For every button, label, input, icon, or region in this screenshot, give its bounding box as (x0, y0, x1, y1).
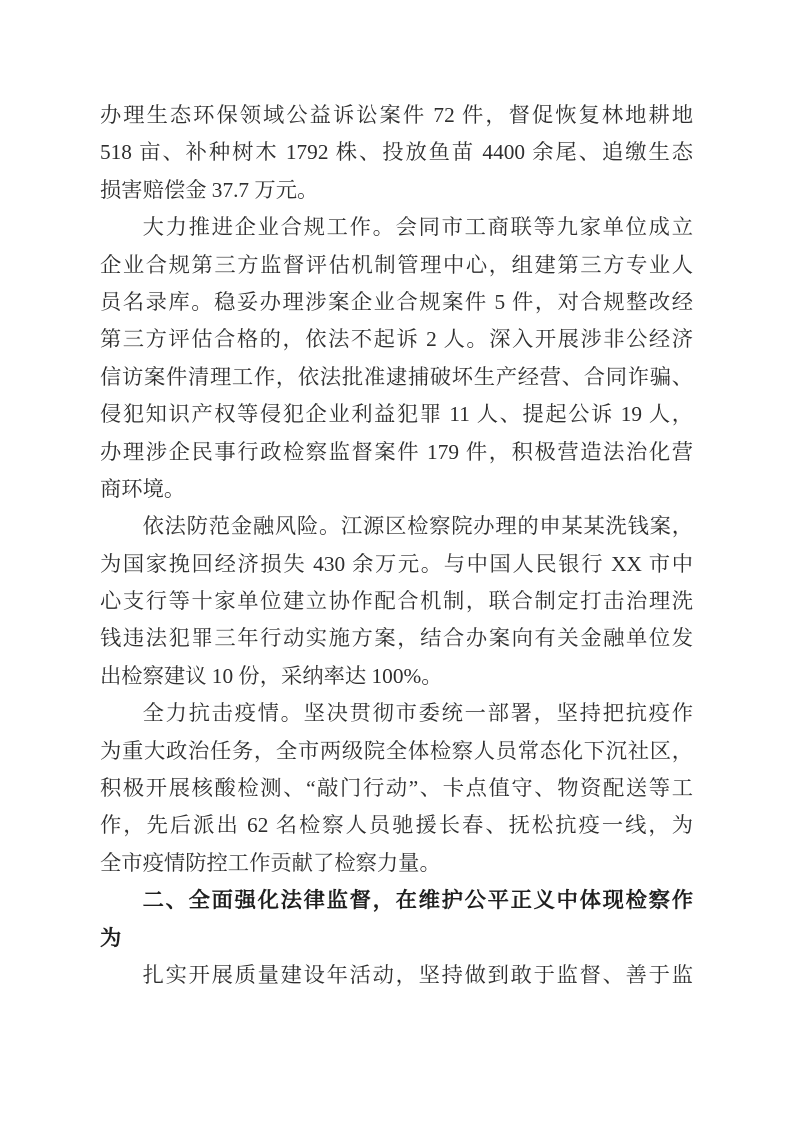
text-line: 依法防范金融风险。江源区检察院办理的申某某洗钱案， (100, 508, 693, 545)
text-line: 商环境。 (100, 471, 693, 508)
text-line: 大力推进企业合规工作。会同市工商联等九家单位成立 (100, 209, 693, 246)
text-line: 办理生态环保领域公益诉讼案件 72 件，督促恢复林地耕地 (100, 97, 693, 134)
text-line: 第三方评估合格的，依法不起诉 2 人。深入开展涉非公经济 (100, 321, 693, 358)
text-line: 办理涉企民事行政检察监督案件 179 件，积极营造法治化营 (100, 434, 693, 471)
text-line: 全市疫情防控工作贡献了检察力量。 (100, 845, 693, 882)
text-line: 518 亩、补种树木 1792 株、投放鱼苗 4400 余尾、追缴生态 (100, 134, 693, 171)
text-line: 作，先后派出 62 名检察人员驰援长春、抚松抗疫一线，为 (100, 807, 693, 844)
heading-section-two: 二、全面强化法律监督，在维护公平正义中体现检察作为 (100, 882, 693, 957)
text-line: 企业合规第三方监督评估机制管理中心，组建第三方专业人 (100, 247, 693, 284)
text-line: 为重大政治任务，全市两级院全体检察人员常态化下沉社区， (100, 733, 693, 770)
document-page: 办理生态环保领域公益诉讼案件 72 件，督促恢复林地耕地518 亩、补种树木 1… (0, 0, 793, 1122)
para-enterprise-compliance: 大力推进企业合规工作。会同市工商联等九家单位成立企业合规第三方监督评估机制管理中… (100, 209, 693, 508)
text-line: 积极开展核酸检测、“敲门行动”、卡点值守、物资配送等工 (100, 770, 693, 807)
text-line: 心支行等十家单位建立协作配合机制，联合制定打击治理洗 (100, 583, 693, 620)
text-line: 员名录库。稳妥办理涉案企业合规案件 5 件，对合规整改经 (100, 284, 693, 321)
para-ecology-public-interest-continued: 办理生态环保领域公益诉讼案件 72 件，督促恢复林地耕地518 亩、补种树木 1… (100, 97, 693, 209)
text-line: 为 (100, 920, 693, 957)
para-pandemic-response: 全力抗击疫情。坚决贯彻市委统一部署，坚持把抗疫作为重大政治任务，全市两级院全体检… (100, 695, 693, 882)
text-line: 侵犯知识产权等侵犯企业利益犯罪 11 人、提起公诉 19 人， (100, 396, 693, 433)
text-line: 全力抗击疫情。坚决贯彻市委统一部署，坚持把抗疫作 (100, 695, 693, 732)
text-line: 扎实开展质量建设年活动，坚持做到敢于监督、善于监 (100, 957, 693, 994)
text-line: 钱违法犯罪三年行动实施方案，结合办案向有关金融单位发 (100, 620, 693, 657)
text-line: 信访案件清理工作，依法批准逮捕破坏生产经营、合同诈骗、 (100, 359, 693, 396)
document-body: 办理生态环保领域公益诉讼案件 72 件，督促恢复林地耕地518 亩、补种树木 1… (100, 97, 693, 994)
text-line: 二、全面强化法律监督，在维护公平正义中体现检察作 (100, 882, 693, 919)
para-quality-construction-year: 扎实开展质量建设年活动，坚持做到敢于监督、善于监 (100, 957, 693, 994)
para-financial-risk-prevention: 依法防范金融风险。江源区检察院办理的申某某洗钱案，为国家挽回经济损失 430 余… (100, 508, 693, 695)
text-line: 损害赔偿金 37.7 万元。 (100, 172, 693, 209)
text-line: 出检察建议 10 份，采纳率达 100%。 (100, 658, 693, 695)
text-line: 为国家挽回经济损失 430 余万元。与中国人民银行 XX 市中 (100, 546, 693, 583)
